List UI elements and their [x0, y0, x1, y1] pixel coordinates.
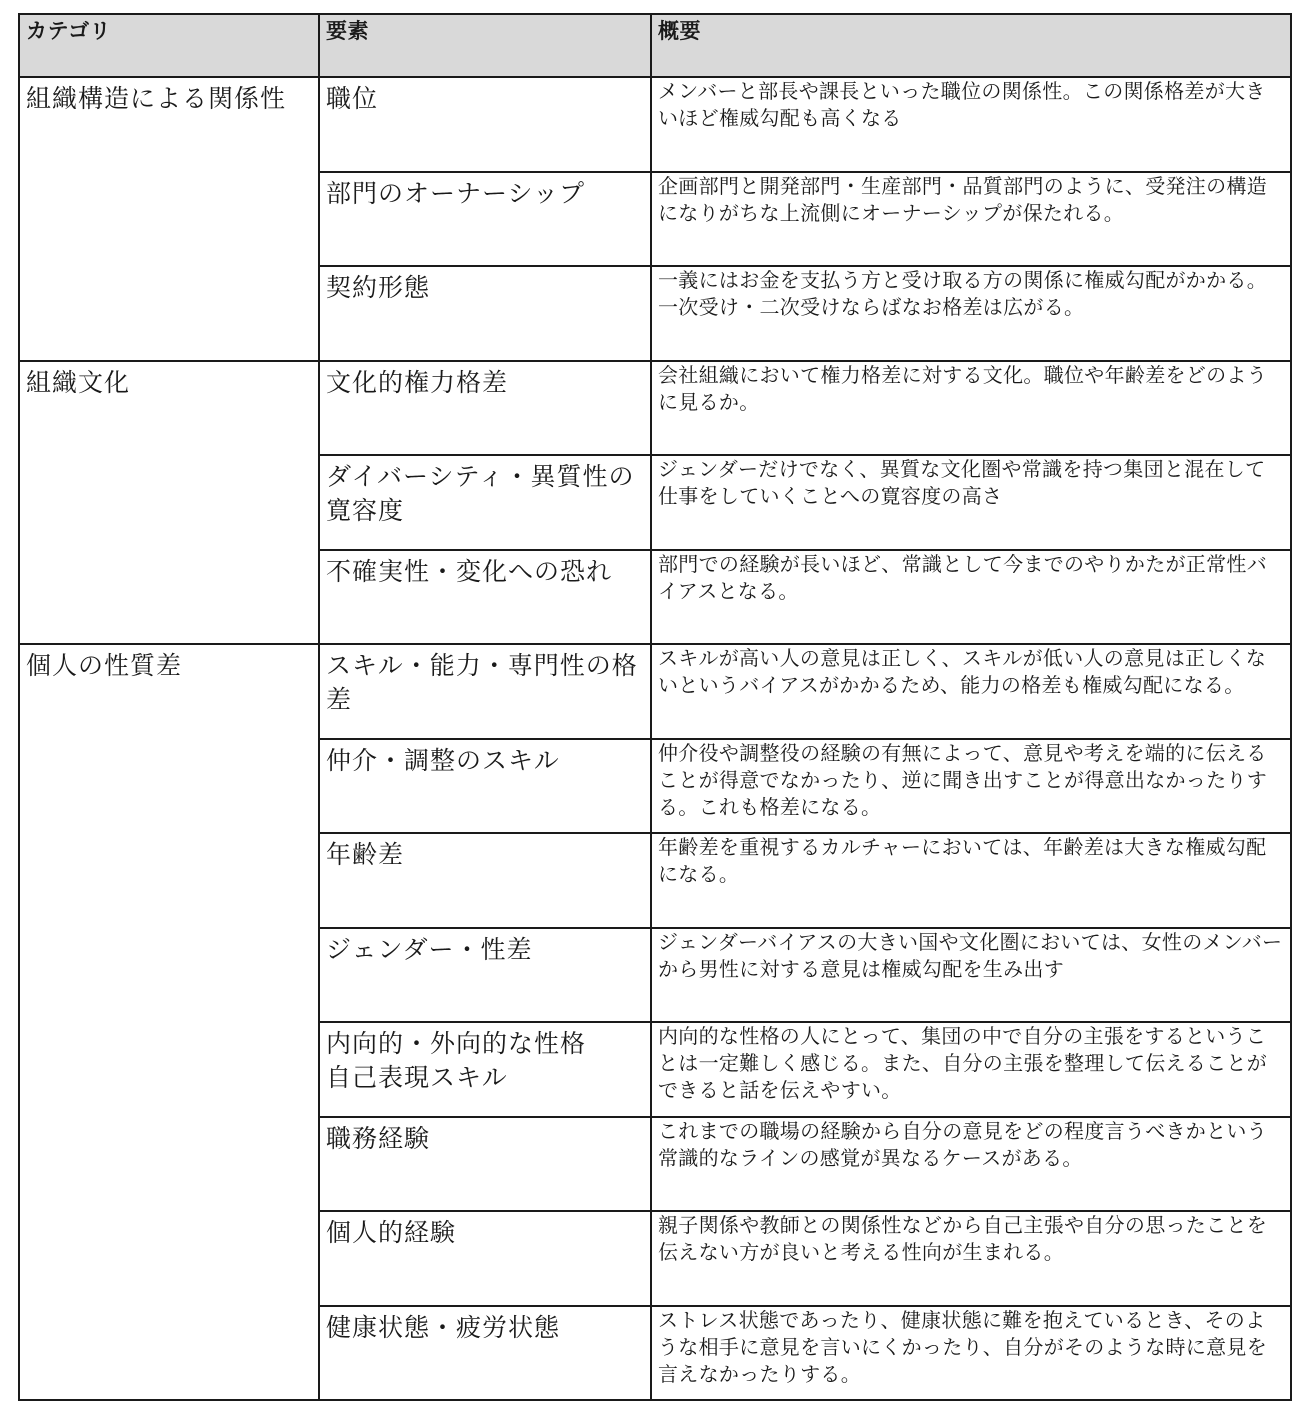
summary-cell: 企画部門と開発部門・生産部門・品質部門のように、受発注の構造になりがちな上流側に… — [651, 172, 1291, 267]
element-cell: 職務経験 — [319, 1117, 651, 1212]
element-cell: ジェンダー・性差 — [319, 928, 651, 1023]
header-summary: 概要 — [651, 14, 1291, 77]
header-element: 要素 — [319, 14, 651, 77]
summary-cell: スキルが高い人の意見は正しく、スキルが低い人の意見は正しくないというバイアスがか… — [651, 644, 1291, 739]
category-cell: 個人の性質差 — [19, 644, 319, 1400]
header-category: カテゴリ — [19, 14, 319, 77]
summary-cell: 仲介役や調整役の経験の有無によって、意見や考えを端的に伝えることが得意でなかった… — [651, 739, 1291, 834]
element-cell: ダイバーシティ・異質性の寛容度 — [319, 455, 651, 550]
summary-cell: これまでの職場の経験から自分の意見をどの程度言うべきかという常識的なラインの感覚… — [651, 1117, 1291, 1212]
element-cell: 健康状態・疲労状態 — [319, 1306, 651, 1401]
element-cell: 職位 — [319, 77, 651, 172]
element-cell: 個人的経験 — [319, 1211, 651, 1306]
element-cell: 仲介・調整のスキル — [319, 739, 651, 834]
element-cell: 契約形態 — [319, 266, 651, 361]
summary-cell: ストレス状態であったり、健康状態に難を抱えているとき、そのような相手に意見を言い… — [651, 1306, 1291, 1401]
summary-cell: 部門での経験が長いほど、常識として今までのやりかたが正常性バイアスとなる。 — [651, 550, 1291, 645]
summary-cell: 一義にはお金を支払う方と受け取る方の関係に権威勾配がかかる。一次受け・二次受けな… — [651, 266, 1291, 361]
summary-cell: メンバーと部長や課長といった職位の関係性。この関係格差が大きいほど権威勾配も高く… — [651, 77, 1291, 172]
header-row: カテゴリ 要素 概要 — [19, 14, 1291, 77]
table-row: 個人の性質差 スキル・能力・専門性の格差 スキルが高い人の意見は正しく、スキルが… — [19, 644, 1291, 739]
category-cell: 組織文化 — [19, 361, 319, 645]
element-cell: 内向的・外向的な性格 自己表現スキル — [319, 1022, 651, 1117]
table-row: 組織文化 文化的権力格差 会社組織において権力格差に対する文化。職位や年齢差をど… — [19, 361, 1291, 456]
element-cell: 部門のオーナーシップ — [319, 172, 651, 267]
summary-cell: ジェンダーバイアスの大きい国や文化圏においては、女性のメンバーから男性に対する意… — [651, 928, 1291, 1023]
table-row: 組織構造による関係性 職位 メンバーと部長や課長といった職位の関係性。この関係格… — [19, 77, 1291, 172]
summary-cell: 年齢差を重視するカルチャーにおいては、年齢差は大きな権威勾配になる。 — [651, 833, 1291, 928]
summary-cell: 会社組織において権力格差に対する文化。職位や年齢差をどのように見るか。 — [651, 361, 1291, 456]
element-cell: 文化的権力格差 — [319, 361, 651, 456]
summary-cell: ジェンダーだけでなく、異質な文化圏や常識を持つ集団と混在して仕事をしていくことへ… — [651, 455, 1291, 550]
summary-cell: 内向的な性格の人にとって、集団の中で自分の主張をするということは一定難しく感じる… — [651, 1022, 1291, 1117]
authority-gradient-table: カテゴリ 要素 概要 組織構造による関係性 職位 メンバーと部長や課長といった職… — [18, 13, 1292, 1401]
category-cell: 組織構造による関係性 — [19, 77, 319, 361]
summary-cell: 親子関係や教師との関係性などから自己主張や自分の思ったことを伝えない方が良いと考… — [651, 1211, 1291, 1306]
element-cell: スキル・能力・専門性の格差 — [319, 644, 651, 739]
element-cell: 不確実性・変化への恐れ — [319, 550, 651, 645]
element-cell: 年齢差 — [319, 833, 651, 928]
